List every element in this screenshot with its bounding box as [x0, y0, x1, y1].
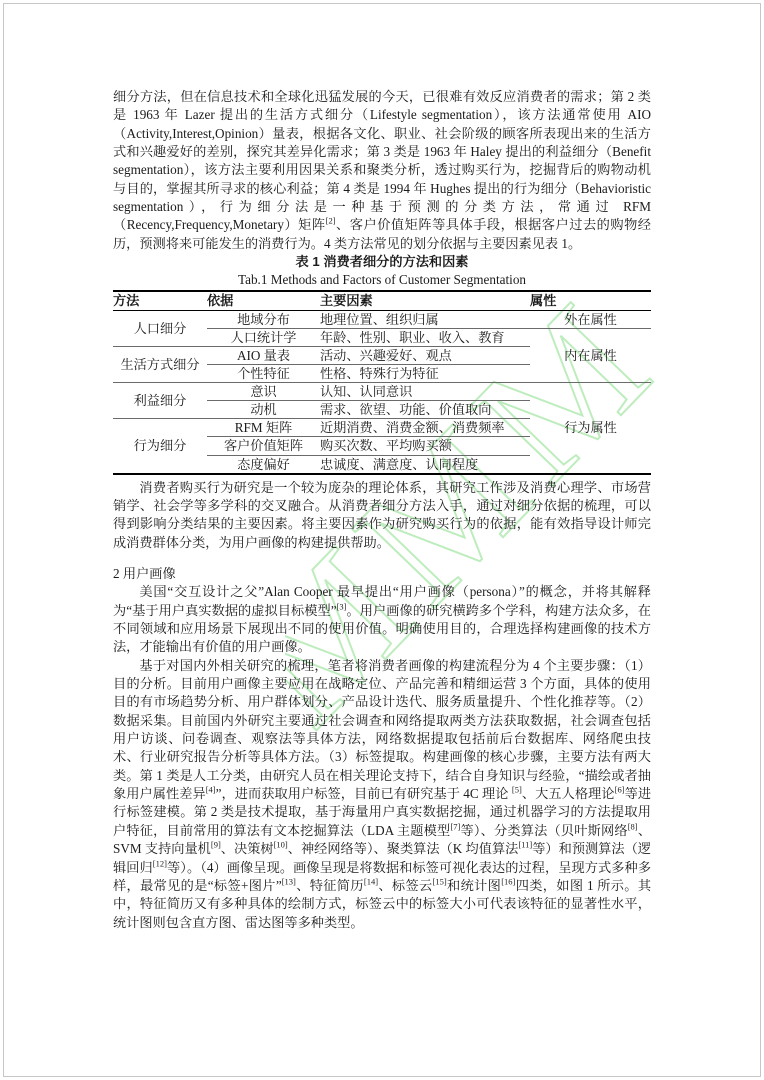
- citation-ref: [7]: [450, 821, 460, 831]
- factors-cell: 性格、特殊行为特征: [320, 365, 530, 383]
- attr-cell: 行为属性: [530, 383, 651, 474]
- citation-ref: [9]: [211, 840, 221, 850]
- method-cell: 人口细分: [113, 310, 207, 346]
- table-caption-en: Tab.1 Methods and Factors of Customer Se…: [113, 271, 651, 289]
- basis-cell: 人口统计学: [207, 328, 320, 346]
- table-row: 利益细分意识认知、认同意识行为属性: [113, 383, 651, 401]
- citation-ref: [15]: [433, 876, 447, 886]
- basis-cell: RFM 矩阵: [207, 419, 320, 437]
- paragraph-after-table: 消费者购买行为研究是一个较为庞杂的理论体系，其研究工作涉及消费心理学、市场营销学…: [113, 479, 651, 552]
- citation-ref: [4]: [206, 785, 216, 795]
- paragraph-persona-steps: 基于对国内外相关研究的梳理，笔者将消费者画像的构建流程分为 4 个主要步骤：（1…: [113, 657, 651, 932]
- factors-cell: 需求、欲望、功能、价值取向: [320, 401, 530, 419]
- header-factors: 主要因素: [320, 291, 530, 311]
- factors-cell: 忠诚度、满意度、认同程度: [320, 455, 530, 474]
- basis-cell: 个性特征: [207, 365, 320, 383]
- method-cell: 行为细分: [113, 419, 207, 474]
- header-method: 方法: [113, 291, 207, 311]
- factors-cell: 活动、兴趣爱好、观点: [320, 346, 530, 364]
- citation-ref: [5]: [512, 785, 522, 795]
- citation-ref: [10]: [274, 840, 288, 850]
- factors-cell: 认知、认同意识: [320, 383, 530, 401]
- basis-cell: 动机: [207, 401, 320, 419]
- citation-ref: [3]: [337, 601, 347, 611]
- table-header: 方法 依据 主要因素 属性: [113, 291, 651, 311]
- page-content: 细分方法，但在信息技术和全球化迅猛发展的今天，已很难有效反应消费者的需求；第 2…: [113, 88, 651, 932]
- paper-page: MMM 细分方法，但在信息技术和全球化迅猛发展的今天，已很难有效反应消费者的需求…: [0, 0, 764, 1080]
- section-heading: 2 用户画像: [113, 565, 651, 583]
- basis-cell: 地域分布: [207, 310, 320, 328]
- basis-cell: 意识: [207, 383, 320, 401]
- factors-cell: 近期消费、消费金额、消费频率: [320, 419, 530, 437]
- citation-ref: [6]: [615, 785, 625, 795]
- table-row: 人口细分地域分布地理位置、组织归属外在属性: [113, 310, 651, 328]
- method-cell: 生活方式细分: [113, 346, 207, 382]
- table-caption-zh: 表 1 消费者细分的方法和因素: [113, 253, 651, 271]
- segmentation-table: 方法 依据 主要因素 属性 人口细分地域分布地理位置、组织归属外在属性人口统计学…: [113, 290, 651, 475]
- header-attribute: 属性: [530, 291, 651, 311]
- citation-ref: [8]: [628, 821, 638, 831]
- method-cell: 利益细分: [113, 383, 207, 419]
- citation-ref: [11]: [518, 840, 532, 850]
- citation-ref: [12]: [153, 858, 167, 868]
- citation-ref: [2]: [326, 216, 336, 226]
- citation-ref: [16]: [501, 876, 515, 886]
- factors-cell: 地理位置、组织归属: [320, 310, 530, 328]
- citation-ref: [14]: [364, 876, 378, 886]
- factors-cell: 年龄、性别、职业、收入、教育: [320, 328, 530, 346]
- basis-cell: 态度偏好: [207, 455, 320, 474]
- paragraph-segmentation-methods: 细分方法，但在信息技术和全球化迅猛发展的今天，已很难有效反应消费者的需求；第 2…: [113, 88, 651, 253]
- citation-ref: [13]: [282, 876, 296, 886]
- attr-cell: 内在属性: [530, 328, 651, 382]
- header-basis: 依据: [207, 291, 320, 311]
- attr-cell: 外在属性: [530, 310, 651, 328]
- paragraph-persona-intro: 美国“交互设计之父”Alan Cooper 最早提出“用户画像（persona）…: [113, 583, 651, 656]
- basis-cell: 客户价值矩阵: [207, 437, 320, 455]
- basis-cell: AIO 量表: [207, 346, 320, 364]
- factors-cell: 购买次数、平均购买额: [320, 437, 530, 455]
